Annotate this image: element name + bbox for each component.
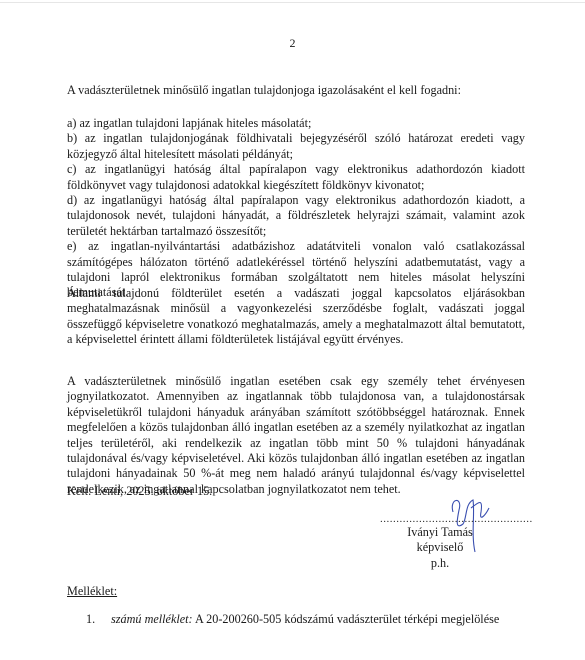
attachment-label: számú melléklet:: [111, 612, 193, 626]
list-item-c: c) az ingatlanügyi hatóság által papíral…: [67, 162, 525, 193]
attachment-number: 1.: [86, 612, 108, 627]
signature-line: ........................................…: [380, 513, 500, 525]
seal-placeholder: p.h.: [380, 556, 500, 571]
page-number: 2: [0, 36, 585, 51]
scan-edge-line: [0, 2, 585, 3]
list-item-b: b) az ingatlan tulajdonjogának földhivat…: [67, 131, 525, 162]
date-place-line: Kelt: Lenti, 2025. október 15.: [67, 484, 212, 499]
proof-list: a) az ingatlan tulajdoni lapjának hitele…: [67, 116, 525, 301]
attachment-text: A 20-200260-505 kódszámú vadászterület t…: [195, 612, 499, 626]
intro-paragraph: A vadászterületnek minősülő ingatlan tul…: [67, 83, 525, 98]
attachment-item: 1. számú melléklet: A 20-200260-505 kóds…: [86, 612, 499, 627]
attachments-title: Melléklet:: [67, 584, 117, 599]
list-item-d: d) az ingatlanügyi hatóság által papíral…: [67, 193, 525, 239]
signer-name: Iványi Tamás: [380, 525, 500, 540]
single-person-paragraph: A vadászterületnek minősülő ingatlan ese…: [67, 374, 525, 497]
list-item-a: a) az ingatlan tulajdoni lapjának hitele…: [67, 116, 525, 131]
signature-block: ........................................…: [380, 513, 500, 571]
signer-role: képviselő: [380, 540, 500, 555]
state-land-paragraph: Állami tulajdonú földterület esetén a va…: [67, 286, 525, 348]
